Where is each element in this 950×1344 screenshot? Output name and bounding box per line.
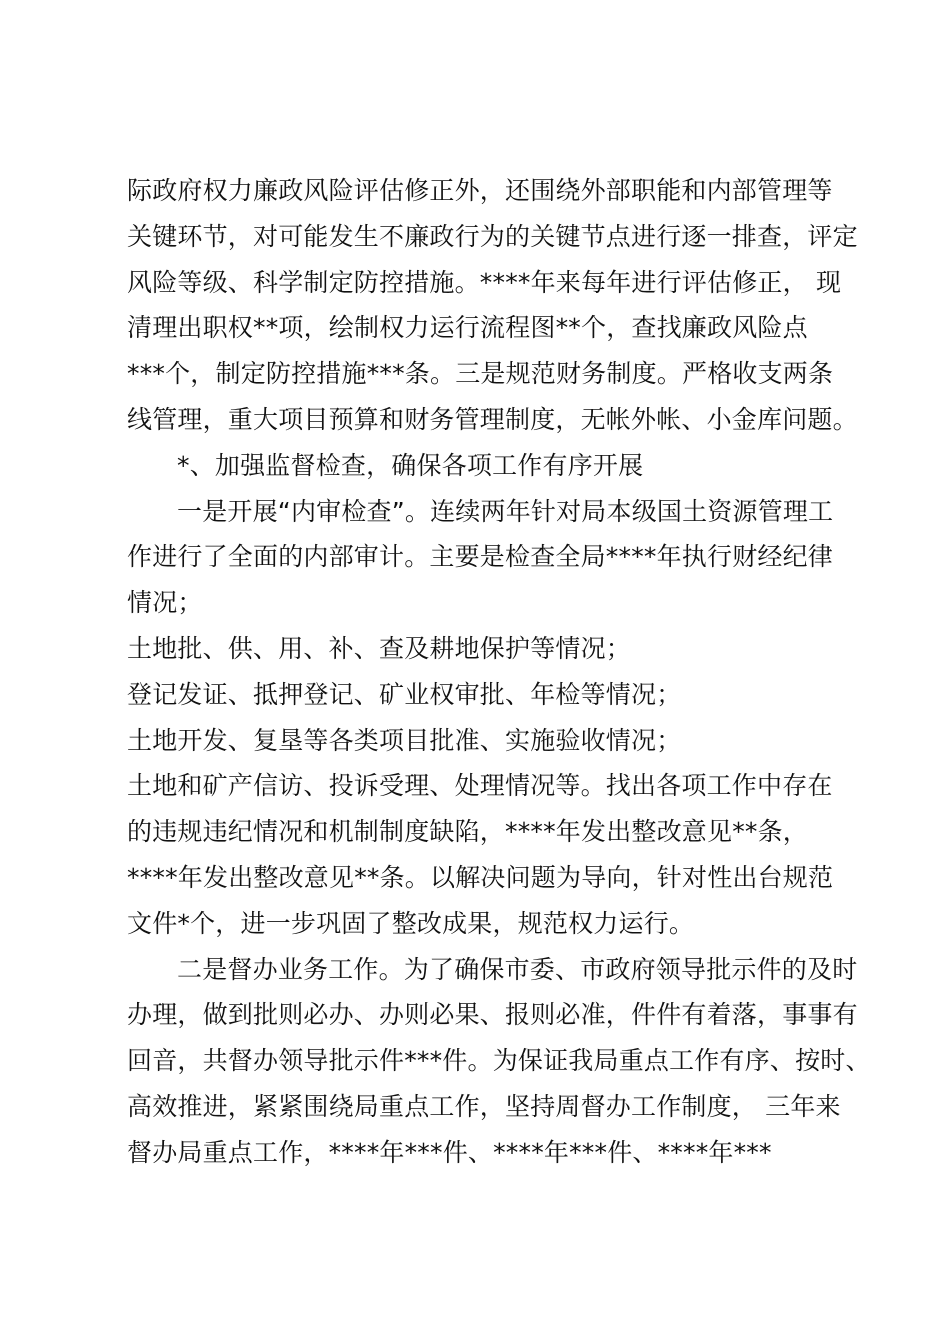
paragraph-line: ***个，制定防控措施***条。三是规范财务制度。严格收支两条 — [127, 351, 847, 397]
paragraph-line: ****年发出整改意见**条。以解决问题为导向，针对性出台规范 — [127, 855, 847, 901]
section-heading: *、加强监督检查，确保各项工作有序开展 — [127, 443, 847, 489]
paragraph-line: 督办局重点工作，****年***件、****年***件、****年*** — [127, 1130, 847, 1176]
list-item: 登记发证、抵押登记、矿业权审批、年检等情况； — [127, 672, 847, 718]
list-item: 土地批、供、用、补、查及耕地保护等情况； — [127, 626, 847, 672]
document-page: 际政府权力廉政风险评估修正外，还围绕外部职能和内部管理等 关键环节，对可能发生不… — [0, 0, 950, 1344]
document-body: 际政府权力廉政风险评估修正外，还围绕外部职能和内部管理等 关键环节，对可能发生不… — [127, 168, 847, 1176]
paragraph-first-line: 二是督办业务工作。为了确保市委、市政府领导批示件的及时 — [127, 947, 847, 993]
paragraph-line: 回音，共督办领导批示件***件。为保证我局重点工作有序、按时、 — [127, 1038, 847, 1084]
paragraph-line: 的违规违纪情况和机制制度缺陷，****年发出整改意见**条， — [127, 809, 847, 855]
paragraph-line: 办理，做到批则必办、办则必果、报则必准，件件有着落，事事有 — [127, 992, 847, 1038]
paragraph-line: 情况； — [127, 580, 847, 626]
list-item: 土地开发、复垦等各类项目批准、实施验收情况； — [127, 718, 847, 764]
paragraph-first-line: 一是开展“内审检查”。连续两年针对局本级国土资源管理工 — [127, 489, 847, 535]
paragraph-line: 风险等级、科学制定防控措施。****年来每年进行评估修正， 现 — [127, 260, 847, 306]
paragraph-line: 文件*个，进一步巩固了整改成果，规范权力运行。 — [127, 901, 847, 947]
paragraph-line: 清理出职权**项，绘制权力运行流程图**个，查找廉政风险点 — [127, 305, 847, 351]
paragraph-line: 作进行了全面的内部审计。主要是检查全局****年执行财经纪律 — [127, 534, 847, 580]
paragraph-line: 高效推进，紧紧围绕局重点工作，坚持周督办工作制度， 三年来 — [127, 1084, 847, 1130]
list-item: 土地和矿产信访、投诉受理、处理情况等。找出各项工作中存在 — [127, 763, 847, 809]
paragraph-line: 线管理，重大项目预算和财务管理制度，无帐外帐、小金库问题。 — [127, 397, 847, 443]
paragraph-line: 际政府权力廉政风险评估修正外，还围绕外部职能和内部管理等 — [127, 168, 847, 214]
paragraph-line: 关键环节，对可能发生不廉政行为的关键节点进行逐一排查，评定 — [127, 214, 847, 260]
